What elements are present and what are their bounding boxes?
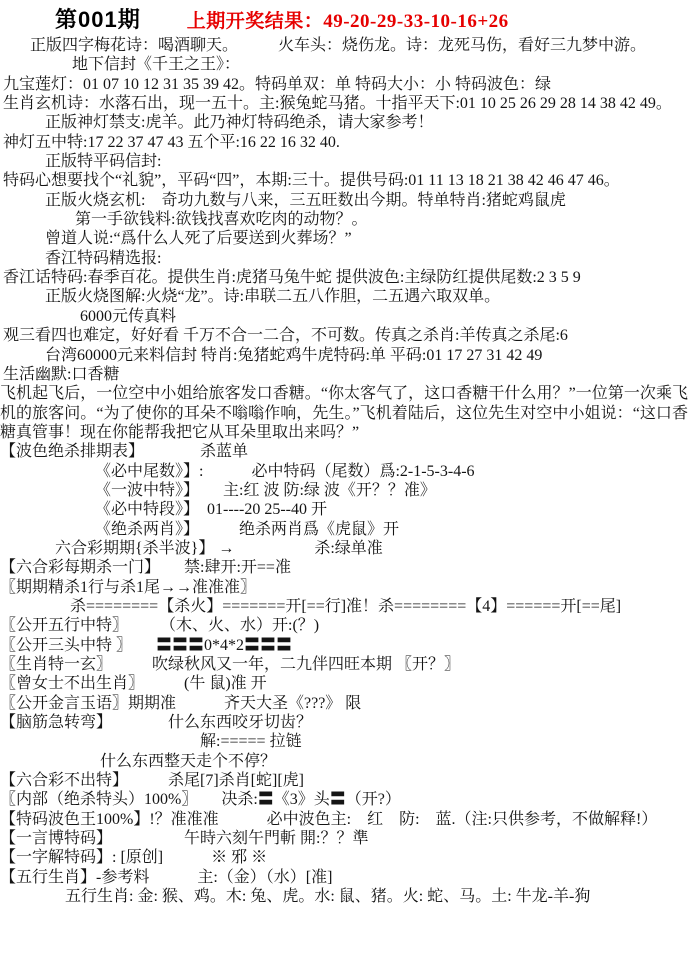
line-6000-fax: 6000元传真料	[80, 307, 688, 326]
line-sha-banbo: 六合彩期期{杀半波}】 → 杀:绿单准	[55, 539, 688, 558]
line-bizhong-weishu: 《必中尾数》】: 必中特码（尾数）爲:2-1-5-3-4-6	[95, 462, 688, 481]
line-sha-yimen: 【六合彩每期杀一门】 禁:肆开:开==准	[0, 558, 688, 577]
line-shengxiao-teyixuan: 〖生肖特一玄〗 吹绿秋风又一年，二九伴四旺本期 〖开？〗	[0, 655, 688, 674]
line-zengnvshi: 〖曾女士不出生肖〗 (牛 鼠)准 开	[0, 674, 688, 693]
line-shendeng-five: 神灯五中特:17 22 37 47 43 五个平:16 22 16 32 40.	[3, 133, 688, 152]
line-brain-teaser: 【脑筋急转弯】 什么东西咬牙切齿？	[0, 713, 688, 732]
page-header: 第001期 上期开奖结果：49-20-29-33-10-16+26	[0, 0, 688, 34]
line-jiubao-lamp: 九宝莲灯：01 07 10 12 31 35 39 42。特码单双：单 特码大小…	[3, 75, 688, 94]
line-neibu-juesha: 〖内部（绝杀特头）100%〗 决杀:〓《3》头〓（开?）	[0, 790, 688, 809]
line-shendeng-ban: 正版神灯禁支:虎羊。此乃神灯特码绝杀，请大家参考！	[45, 113, 688, 132]
line-zodiac-poem: 生肖玄机诗：水落石出，现一五十。主:猴兔蛇马猪。十指平天下:01 10 25 2…	[3, 94, 688, 113]
line-yiyan-tema: 【一言博特码】 午時六刻午門斬 開:？？準	[0, 829, 688, 848]
line-huoshao-xuanji: 正版火烧玄机: 奇功九数与八来，三五旺数出今期。特单特肖:猪蛇鸡鼠虎	[45, 191, 688, 210]
line-teaser-q2: 什么东西整天走个不停？	[100, 752, 688, 771]
line-huoshao-tujie: 正版火烧图解:火烧“龙”。诗:串联二五八作胆，二五遇六取双单。	[45, 287, 688, 306]
line-zengdaoren-quote: 曾道人说:“爲什么人死了后要送到火葬场？”	[45, 229, 688, 248]
line-bose-kill-table: 【波色绝杀排期表】 杀蓝单	[0, 442, 688, 461]
line-teaser-answer: 解:===== 拉链	[200, 732, 688, 751]
line-sha-detail: 杀========【杀火】=======开[==行]准！杀========【4】…	[70, 597, 688, 616]
line-yuqian-clue: 第一手欲钱料:欲钱找喜欢吃肉的动物？。	[75, 210, 688, 229]
line-tema-numbers: 特码心想要找个“礼貌”，平码“四”，本期:三十。提供号码:01 11 13 18…	[3, 171, 688, 190]
line-xiangjiang-tema: 香江话特码:春季百花。提供生肖:虎猪马兔牛蛇 提供波色:主绿防红提供尾数:2 3…	[3, 268, 688, 287]
line-teping-envelope: 正版特平码信封:	[45, 152, 688, 171]
line-fax-kill: 观三看四也难定，好好看 千万不合一二合，不可数。传真之杀肖:羊传真之杀尾:6	[3, 326, 688, 345]
line-underground-envelope: 地下信封《千王之王》：	[72, 55, 688, 74]
line-juesha-liangxiao: 《绝杀两肖》】 绝杀两肖爲《虎鼠》开	[95, 520, 688, 539]
line-wuxing-detail: 五行生肖: 金: 猴、鸡。木: 兔、虎。水: 鼠、猪。火: 蛇、马。土: 牛龙-…	[65, 887, 688, 906]
line-jinyan-yuyu: 〖公开金言玉语〗期期准 齐天大圣《???》 限	[0, 694, 688, 713]
line-bizhong-teduan: 《必中特段》】 01----20 25--40 开	[95, 500, 688, 519]
line-jingsha-header: 〖期期精杀1行与杀1尾→→准准准〗	[0, 578, 688, 597]
line-bose-wang: 【特码波色王100%】!？准准准 必中波色主: 红 防: 蓝.（注:只供参考，不…	[0, 810, 688, 829]
line-plum-poem: 正版四字梅花诗：喝酒聊天。 火车头：烧伤龙。诗：龙死马伤，看好三九梦中游。	[30, 36, 688, 55]
issue-number: 第001期	[55, 3, 141, 34]
line-wuxing-zhongte: 〖公开五行中特〗 （木、火、水）开:(？)	[0, 616, 688, 635]
last-draw-result: 上期开奖结果：49-20-29-33-10-16+26	[187, 6, 509, 33]
line-yizi-jietema: 【一字解特码】: [原创] ※ 邪 ※	[0, 848, 688, 867]
line-santou-zhongte: 〖公开三头中特 〗 〓〓〓0*4*2〓〓〓	[0, 636, 688, 655]
line-humor-title: 生活幽默:口香糖	[3, 365, 688, 384]
line-taiwan-envelope: 台湾60000元来料信封 特肖:兔猪蛇鸡牛虎特码:单 平码:01 17 27 3…	[45, 346, 688, 365]
line-buchute: 【六合彩不出特】 杀尾[7]杀肖[蛇][虎]	[0, 771, 688, 790]
line-yibo-zhongte: 《一波中特》】 主:红 波 防:绿 波《开？？准》	[95, 481, 688, 500]
line-wuxing-shengxiao: 【五行生肖】-参考料 主:（金）（水）[准]	[0, 868, 688, 887]
humor-paragraph: 飞机起飞后，一位空中小姐给旅客发口香糖。“你太客气了，这口香糖干什么用？”一位第…	[0, 384, 688, 442]
lottery-tips-sheet: 正版四字梅花诗：喝酒聊天。 火车头：烧伤龙。诗：龙死马伤，看好三九梦中游。 地下…	[0, 34, 688, 906]
line-xiangjiang-report: 香江特码精选报:	[45, 249, 688, 268]
